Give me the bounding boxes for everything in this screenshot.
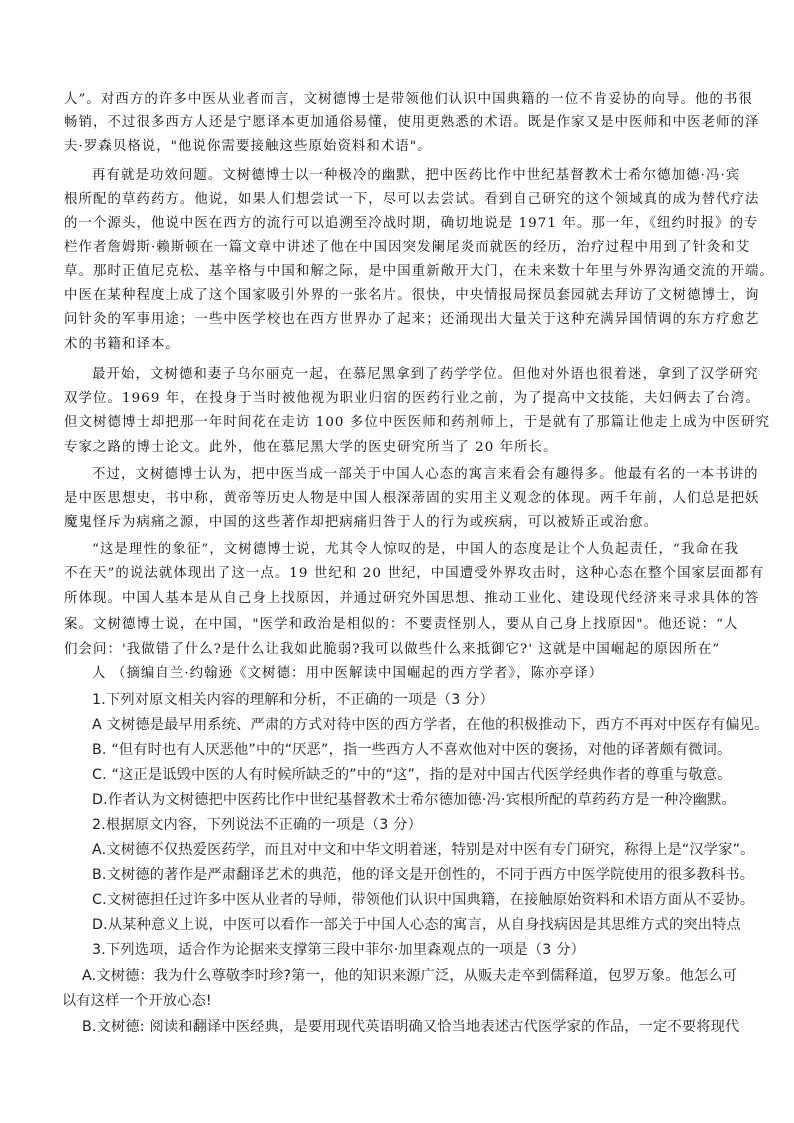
article-line: 案。文树德博士说，在中国，"医学和政治是相似的：不要责怪别人，要从自己身上找原因… — [64, 616, 739, 634]
article-line: 们会问：'我做错了什么?是什么让我如此脆弱?我可以做些什么来抵御它?' 这就是中… — [64, 641, 720, 659]
question-3-option-a: A.文树德：我为什么尊敬李时珍?第一，他的知识来源广泛，从贩夫走卒到儒释道，包罗… — [82, 966, 737, 986]
question-1-option-b: B. “但有时也有人厌恶他”中的“厌恶”，指一些西方人不喜欢他对中医的褒扬，对他… — [92, 740, 731, 760]
question-1-option-c: C. “这正是诋毁中医的人有时候所缺乏的”中的“这”，指的是对中国古代医学经典作… — [92, 765, 732, 785]
article-line: 草。那时正值尼克松、基辛格与中国和解之际，是中国重新敞开大门，在未来数十年里与外… — [64, 263, 774, 281]
question-2-option-d: D.从某种意义上说，中医可以看作一部关于中国人心态的寓言，从自身找病因是其思维方… — [92, 915, 741, 935]
article-line: 不过，文树德博士认为，把中医当成一部关于中国人心态的寓言来看会有趣得多。他最有名… — [92, 466, 759, 484]
question-2-option-a: A.文树德不仅热爱医药学，而且对中文和中华文明着迷，特别是对中医有专门研究，称得… — [92, 840, 755, 860]
question-2-stem: 2.根据原文内容，下列说法不正确的一项是（3 分） — [92, 815, 422, 835]
article-line: 中医在某种程度上成了这个国家吸引外界的一张名片。很快，中央情报局探员套园就去拜访… — [64, 287, 760, 305]
question-3-option-a-cont: 以有这样一个开放心态! — [62, 991, 212, 1011]
article-line: 是中医思想史，书中称，黄帝等历史人物是中国人根深蒂固的实用主义观念的体现。两千年… — [64, 490, 760, 508]
article-line: 最开始，文树德和妻子乌尔丽克一起，在慕尼黑拿到了药学学位。但他对外语也很着迷，拿… — [92, 366, 759, 384]
document-page: 人”。对西方的许多中医从业者而言，文树德博士是带领他们认识中国典籍的一位不肯妥协… — [0, 0, 794, 1123]
question-2-option-b: B.文树德的著作是严肃翻译艺术的典范，他的译文是开创性的，不同于西方中医学院使用… — [92, 865, 754, 885]
question-1-stem: 1.下列对原文相关内容的理解和分析，不正确的一项是（3 分） — [92, 690, 494, 710]
article-line: 术的书籍和译本。 — [64, 336, 180, 354]
question-1-option-a: A 文树德是最早用系统、严肃的方式对待中医的西方学者，在他的积极推动下，西方不再… — [92, 715, 768, 735]
article-line: 专家之路的博士论文。此外，他在慕尼黑大学的医史研究所当了 20 年所长。 — [64, 439, 558, 457]
article-line: 所体现。中国人基本是从自己身上找原因，并通过研究外国思想、推动工业化、建设现代经… — [64, 590, 760, 608]
article-line: 根所配的草药药方。他说，如果人们想尝试一下，尽可以去尝试。看到自己研究的这个领域… — [64, 191, 760, 209]
question-3-stem: 3.下列选项，适合作为论据来支撑第三段中菲尔·加里森观点的一项是（3 分） — [92, 940, 585, 960]
article-line: “这是理性的象征”，文树德博士说，尤其令人惊叹的是，中国人的态度是让个人负起责任… — [92, 541, 739, 559]
article-line: 但文树德博士却把那一年时间花在走访 100 多位中医医师和药剂师上，于是就有了那… — [64, 414, 770, 432]
article-line: 不在天”的说法就体现出了这一点。19 世纪和 20 世纪，中国遭受外界攻击时，这… — [64, 565, 764, 583]
article-line: 的一个源头，他说中医在西方的流行可以追溯至冷战时期，确切地说是 1971 年。那… — [64, 215, 759, 233]
source-citation: 人 （摘编自兰·约翰逊《文树德：用中医解读中国崛起的西方学者》，陈亦亭译） — [92, 665, 603, 683]
question-1-option-d: D.作者认为文树德把中医药比作中世纪基督教术士希尔德加德·冯·宾根所配的草药药方… — [92, 790, 736, 810]
article-line: 问针灸的军事用途；一些中医学校也在西方世界办了起来；还涌现出大量关于这种充满异国… — [64, 311, 760, 329]
question-2-option-c: C.文树德担任过许多中医从业者的导师，带领他们认识中国典籍，在接触原始资料和术语… — [92, 890, 754, 910]
article-line: 畅销，不过很多西方人还是宁愿译本更加通俗易懂，使用更熟悉的术语。既是作家又是中医… — [64, 114, 760, 132]
article-line: 夫·罗森贝格说，"他说你需要接触这些原始资料和术语"。 — [64, 138, 432, 156]
article-line: 魔鬼怪斥为病痛之源，中国的这些著作却把病痛归咎于人的行为或疾病，可以被矫正或治愈… — [64, 514, 658, 532]
article-line: 人”。对西方的许多中医从业者而言，文树德博士是带领他们认识中国典籍的一位不肯妥协… — [64, 91, 753, 109]
article-line: 再有就是功效问题。文树德博士以一种极冷的幽默，把中医药比作中世纪基督教术士希尔德… — [92, 167, 740, 185]
article-line: 双学位。1969 年，在投身于当时被他视为职业归宿的医药行业之前，为了提高中文技… — [64, 390, 760, 408]
article-line: 栏作者詹姆斯·赖斯顿在一篇文章中讲述了他在中国因突发阑尾炎而就医的经历，治疗过程… — [64, 239, 750, 257]
question-3-option-b: B.文树德: 阅读和翻译中医经典，是要用现代英语明确又恰当地表述古代医学家的作品… — [82, 1017, 739, 1037]
